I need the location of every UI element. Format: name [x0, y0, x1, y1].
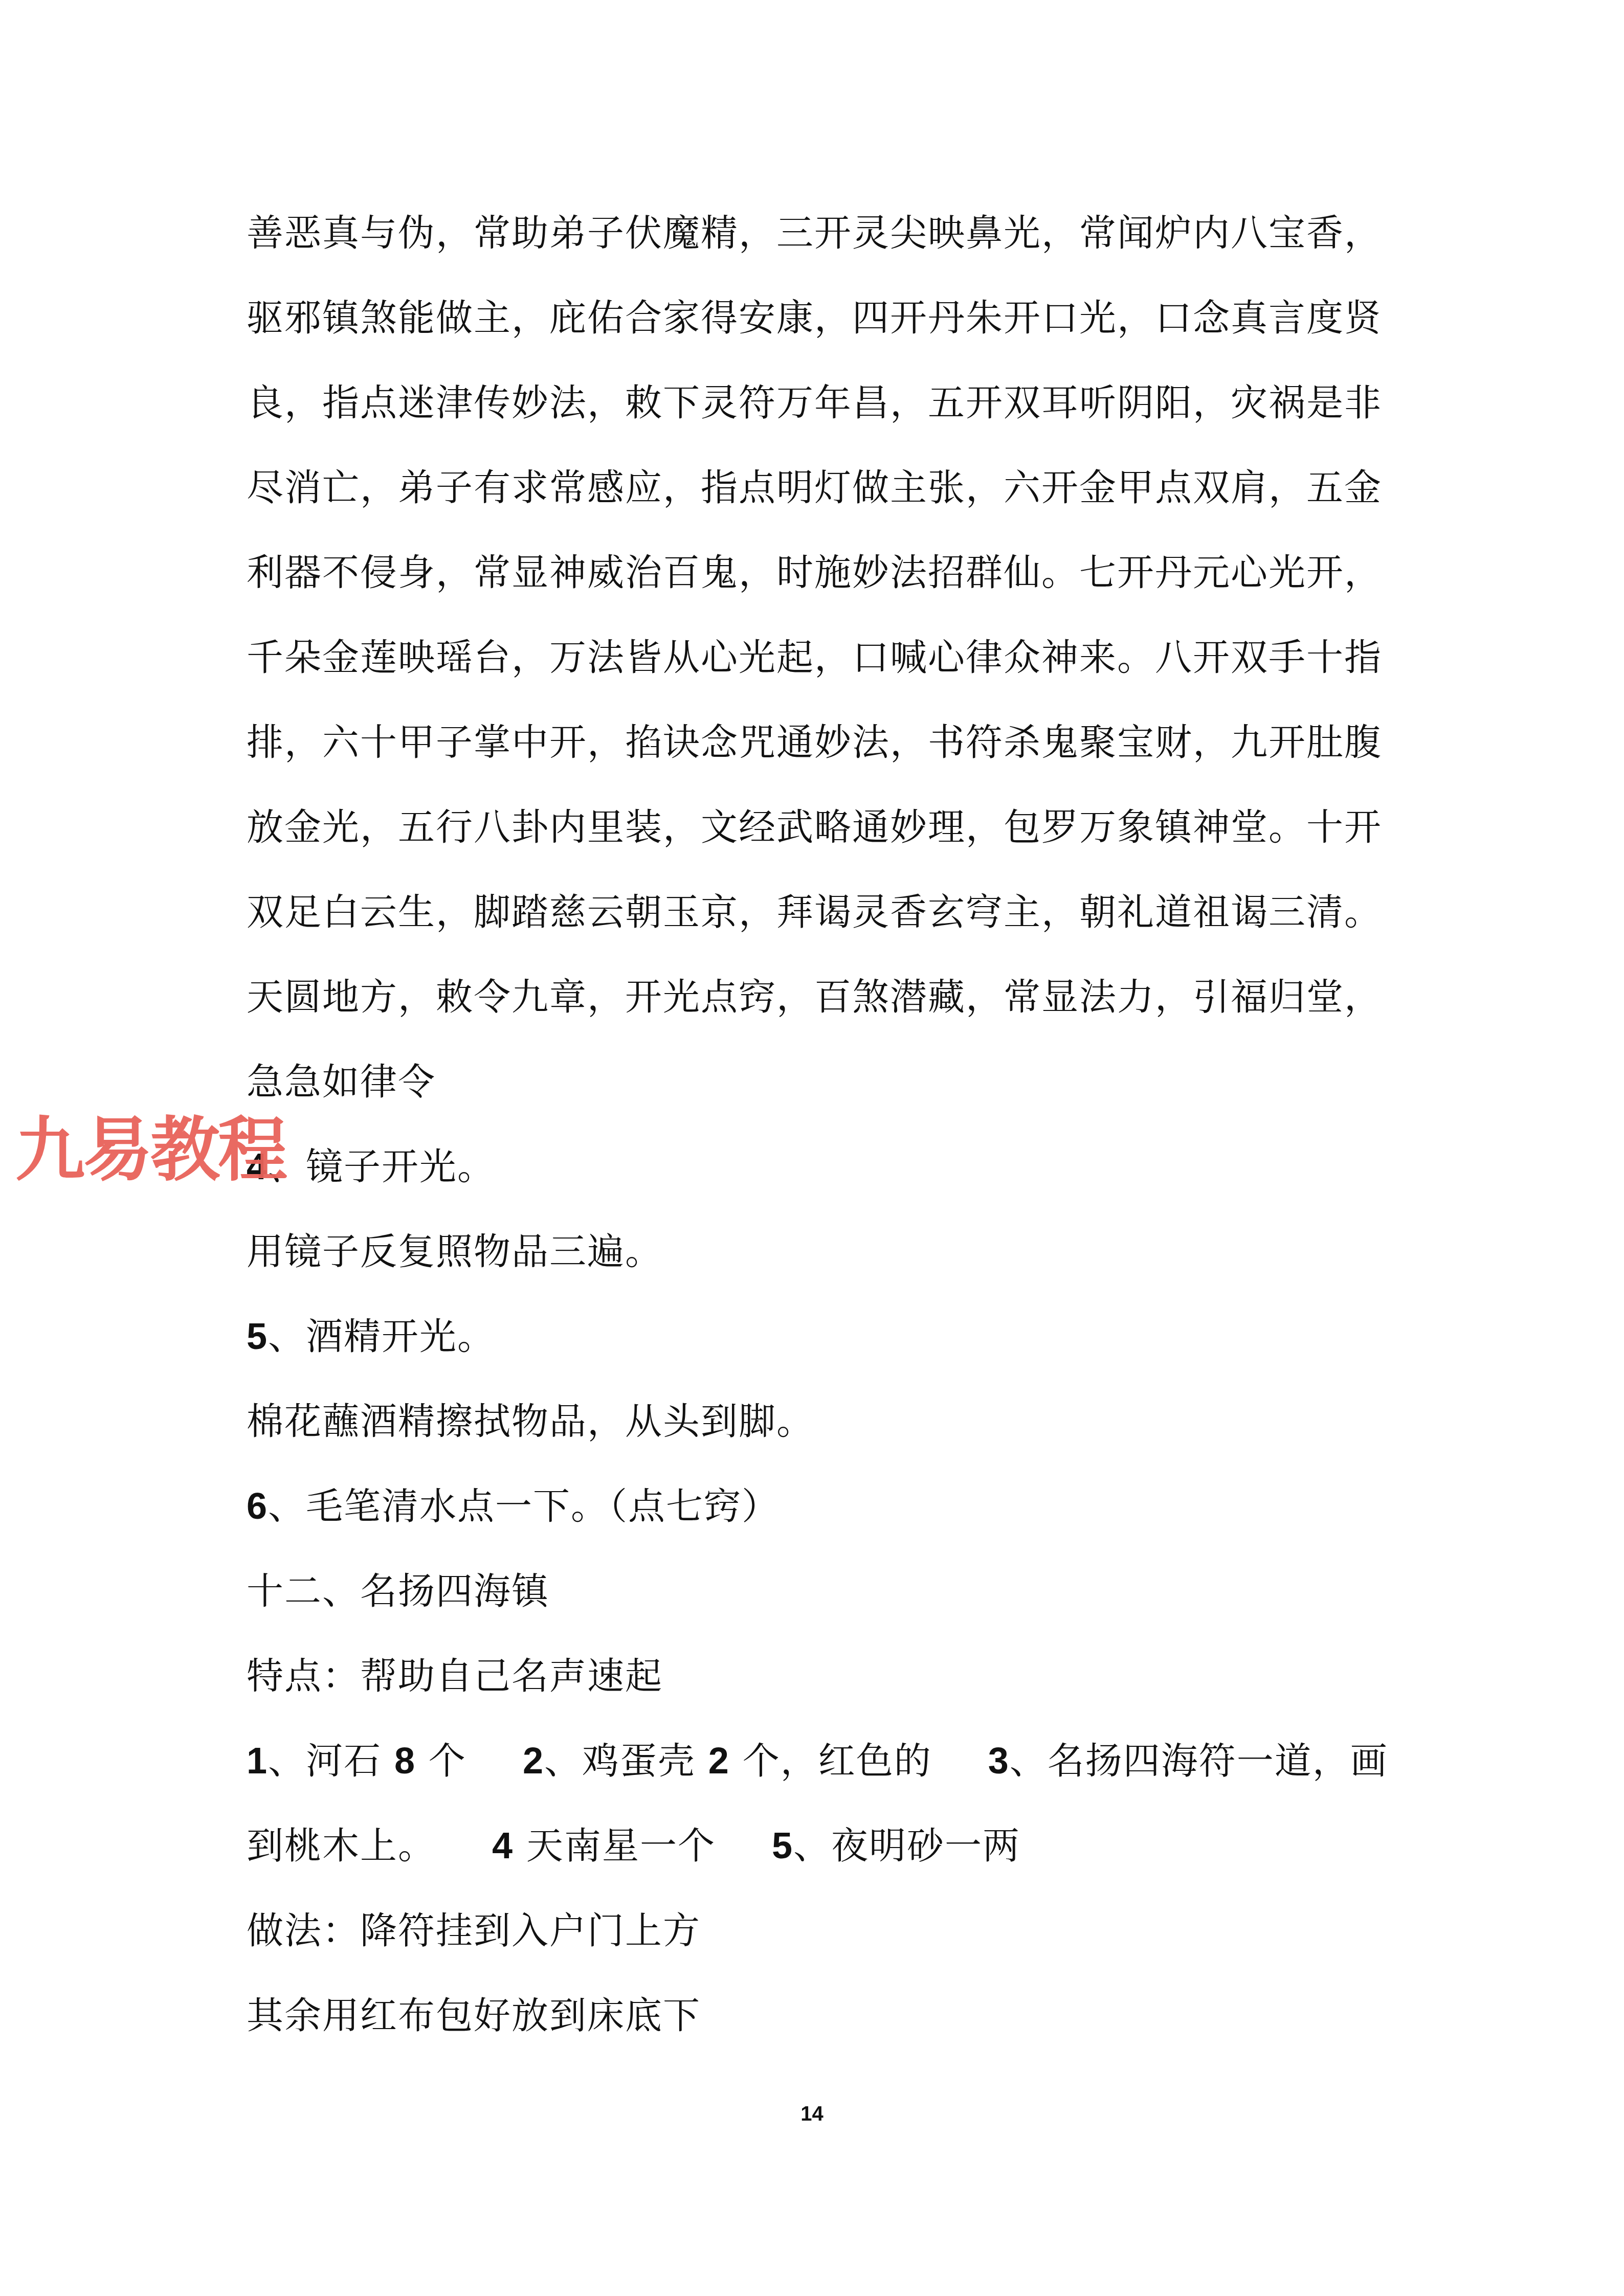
body-text-line: 排，六十甲子掌中开，掐诀念咒通妙法，书符杀鬼聚宝财，九开肚腹	[247, 716, 1382, 768]
materials-line-1: 1、河石 8 个2、鸡蛋壳 2 个，红色的3、名扬四海符一道，画	[247, 1735, 1388, 1787]
item-text: 、河石	[268, 1739, 394, 1782]
section-title: 十二、名扬四海镇	[247, 1565, 549, 1616]
step-text: 、酒精开光。	[268, 1315, 495, 1358]
step-5-heading: 5、酒精开光。	[247, 1311, 495, 1362]
body-text-line: 天圆地方，敕令九章，开光点窍，百煞潜藏，常显法力，引福归堂，	[247, 971, 1382, 1022]
body-text-line: 双足白云生，脚踏慈云朝玉京，拜谒灵香玄穹主，朝礼道祖谒三清。	[247, 886, 1382, 937]
item-text: 个，红色的	[730, 1739, 932, 1782]
item-text: 、鸡蛋壳	[544, 1739, 708, 1782]
page-number: 14	[0, 2103, 1624, 2126]
watermark: 九易教程	[15, 1110, 285, 1191]
body-text-line: 放金光，五行八卦内里装，文经武略通妙理，包罗万象镇神堂。十开	[247, 801, 1382, 852]
item-number: 1	[247, 1741, 268, 1782]
body-text-line: 利器不侵身，常显神威治百鬼，时施妙法招群仙。七开丹元心光开，	[247, 547, 1382, 598]
body-text-line: 良，指点迷津传妙法，敕下灵符万年昌，五开双耳听阴阳，灾祸是非	[247, 377, 1382, 428]
item-text: 、夜明砂一两	[793, 1824, 1020, 1867]
step-text: 、镜子开光。	[268, 1145, 495, 1188]
step-number: 5	[247, 1316, 268, 1357]
document-page: 善恶真与伪，常助弟子伏魔精，三开灵尖映鼻光，常闻炉内八宝香， 驱邪镇煞能做主，庇…	[0, 0, 1624, 2296]
step-text: 、毛笔清水点一下。（点七窍）	[268, 1484, 780, 1527]
item-quantity: 8	[394, 1741, 416, 1782]
item-text: 到桃木上。	[247, 1824, 436, 1867]
feature-text: 特点：帮助自己名声速起	[247, 1650, 663, 1701]
item-text: 天南星一个	[514, 1824, 716, 1867]
item-text: 个	[416, 1739, 466, 1782]
body-text-line: 驱邪镇煞能做主，庇佑合家得安康，四开丹朱开口光，口念真言度贤	[247, 292, 1382, 343]
item-number: 4	[492, 1826, 514, 1866]
materials-line-2: 到桃木上。4 天南星一个5、夜明砂一两	[247, 1820, 1020, 1872]
step-4-description: 用镜子反复照物品三遍。	[247, 1226, 663, 1277]
rest-text: 其余用红布包好放到床底下	[247, 1990, 701, 2041]
step-5-description: 棉花蘸酒精擦拭物品，从头到脚。	[247, 1395, 814, 1447]
item-number: 5	[772, 1826, 793, 1866]
method-text: 做法：降符挂到入户门上方	[247, 1905, 701, 1956]
step-number: 6	[247, 1486, 268, 1527]
item-text: 、名扬四海符一道，画	[1010, 1739, 1388, 1782]
body-text-line: 急急如律令	[247, 1056, 436, 1107]
body-text-line: 善恶真与伪，常助弟子伏魔精，三开灵尖映鼻光，常闻炉内八宝香，	[247, 207, 1382, 258]
item-number: 3	[988, 1741, 1010, 1782]
item-number: 2	[523, 1741, 544, 1782]
body-text-line: 千朵金莲映瑶台，万法皆从心光起，口喊心律众神来。八开双手十指	[247, 632, 1382, 683]
body-text-line: 尽消亡，弟子有求常感应，指点明灯做主张，六开金甲点双肩，五金	[247, 462, 1382, 513]
item-quantity: 2	[708, 1741, 730, 1782]
step-6-heading: 6、毛笔清水点一下。（点七窍）	[247, 1480, 780, 1532]
